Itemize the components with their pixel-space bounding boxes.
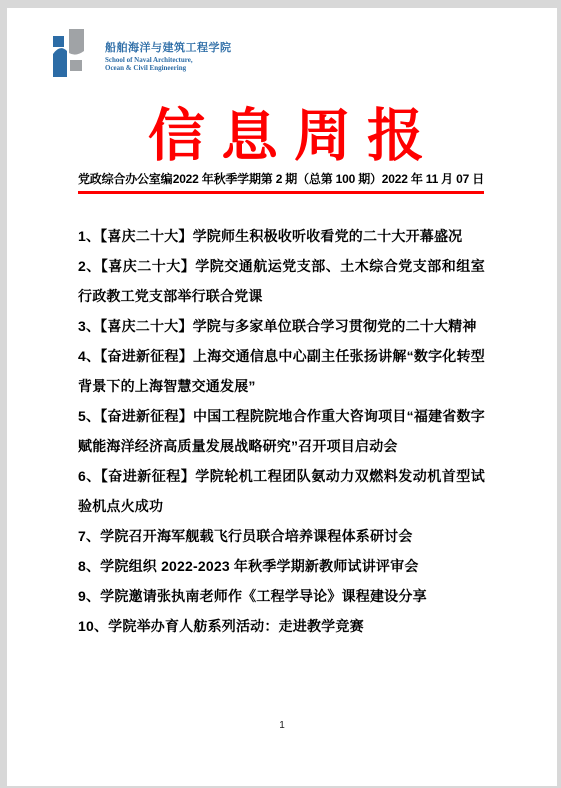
news-item-2: 2、【喜庆二十大】学院交通航运党支部、土木综合党支部和组室行政教工党支部举行联合… [78,251,485,311]
news-item-6: 6、【奋进新征程】学院轮机工程团队氨动力双燃料发动机首型试验机点火成功 [78,461,485,521]
document-page: 船舶海洋与建筑工程学院 School of Naval Architecture… [7,8,557,786]
school-logo-icon [53,29,84,77]
news-item-7: 7、学院召开海军舰载飞行员联合培养课程体系研讨会 [78,521,485,551]
news-item-3: 3、【喜庆二十大】学院与多家单位联合学习贯彻党的二十大精神 [78,311,485,341]
masthead-red-rule [78,191,484,194]
news-item-4: 4、【奋进新征程】上海交通信息中心副主任张扬讲解“数字化转型背景下的上海智慧交通… [78,341,485,401]
masthead-editor: 党政综合办公室编 [78,170,172,187]
school-name-english: School of Naval Architecture, Ocean & Ci… [105,57,232,72]
masthead-issue-info: 2022 年秋季学期第 2 期（总第 100 期）2022 年 11 月 07 … [173,170,484,187]
school-logo-block: 船舶海洋与建筑工程学院 School of Naval Architecture… [53,29,232,77]
news-item-1: 1、【喜庆二十大】学院师生积极收听收看党的二十大开幕盛况 [78,221,485,251]
school-name-chinese: 船舶海洋与建筑工程学院 [105,42,232,54]
news-item-8: 8、学院组织 2022-2023 年秋季学期新教师试讲评审会 [78,551,485,581]
masthead-info-line: 党政综合办公室编 2022 年秋季学期第 2 期（总第 100 期）2022 年… [78,170,484,187]
news-item-5: 5、【奋进新征程】中国工程院院地合作重大咨询项目“福建省数字赋能海洋经济高质量发… [78,401,485,461]
school-name-english-line2: Ocean & Civil Engineering [105,65,232,73]
news-item-9: 9、学院邀请张执南老师作《工程学导论》课程建设分享 [78,581,485,611]
news-item-list: 1、【喜庆二十大】学院师生积极收听收看党的二十大开幕盛况 2、【喜庆二十大】学院… [78,221,485,641]
news-item-10: 10、学院举办育人舫系列活动：走进教学竞赛 [78,611,485,641]
school-name-block: 船舶海洋与建筑工程学院 School of Naval Architecture… [105,29,232,72]
newsletter-title: 信息周报 [7,90,557,172]
page-number: 1 [7,720,557,731]
